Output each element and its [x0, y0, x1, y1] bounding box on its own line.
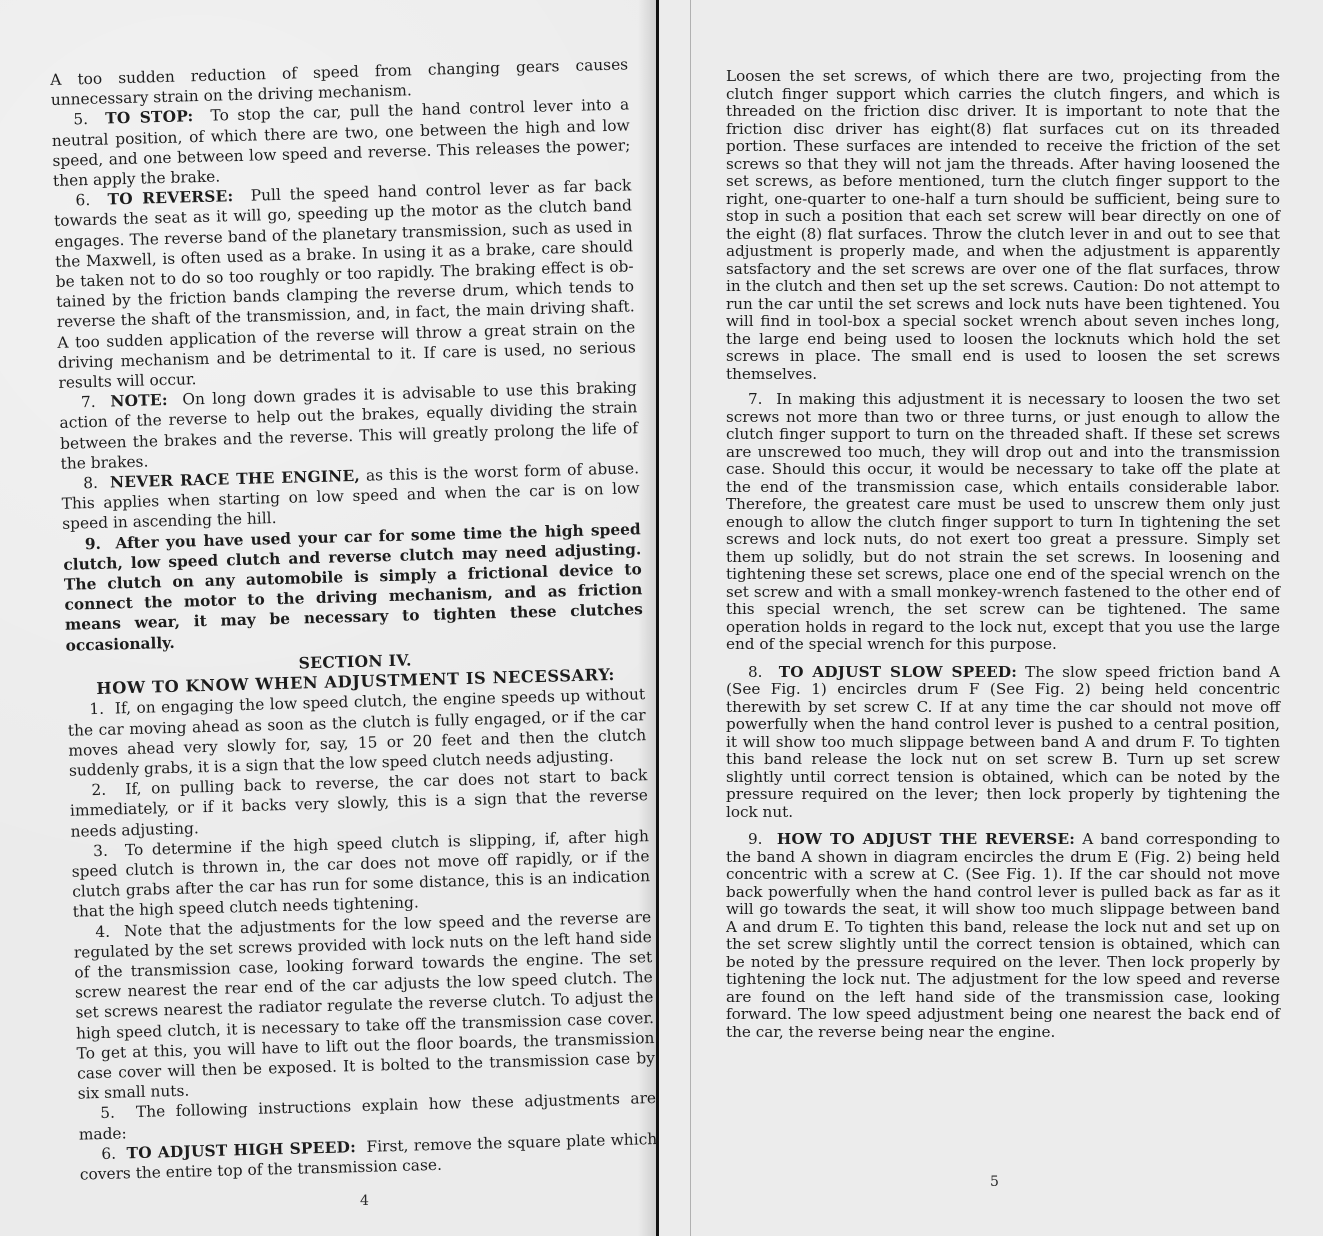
item-number: 9.: [85, 534, 102, 552]
item-number: 5.: [73, 110, 88, 128]
item-number: 6.: [75, 191, 90, 209]
item-number: 4.: [95, 922, 110, 940]
paragraph-making-adjustment: 7. In making this adjustment it is neces…: [726, 391, 1280, 654]
item-number: 7.: [81, 393, 96, 411]
page-crease: [690, 0, 691, 1236]
paragraph-note: 7. NOTE: On long down grades it is advis…: [59, 377, 639, 473]
left-page: A too sudden reduction of speed from cha…: [0, 0, 656, 1236]
item-number: 3.: [93, 841, 108, 859]
item-number: 5.: [100, 1104, 115, 1122]
item-number: 7.: [748, 390, 763, 408]
item-lead: HOW TO ADJUST THE REVERSE:: [777, 830, 1075, 848]
paragraph-to-stop: 5. TO STOP: To stop the car, pull the ha…: [51, 95, 631, 191]
item-lead: NOTE:: [110, 391, 168, 411]
paragraph-to-reverse: 6. TO REVERSE: Pull the speed hand contr…: [53, 176, 636, 394]
right-page-text: Loosen the set screws, of which there ar…: [726, 68, 1280, 1041]
page-number-left: 4: [360, 1193, 369, 1209]
section-item-1: 1. If, on engaging the low speed clutch,…: [67, 684, 647, 780]
paragraph-clutch-adjusting: 9. After you have used your car for some…: [63, 519, 644, 656]
gutter-shadow: [638, 0, 656, 1236]
item-number: 8.: [748, 663, 763, 681]
paragraph-adjust-slow-speed: 8. TO ADJUST SLOW SPEED: The slow speed …: [726, 664, 1280, 822]
item-lead: TO STOP:: [105, 108, 194, 128]
left-page-text: A too sudden reduction of speed from cha…: [50, 54, 658, 1184]
paragraph-adjust-reverse: 9. HOW TO ADJUST THE REVERSE: A band cor…: [726, 831, 1280, 1041]
item-number: 6.: [101, 1144, 116, 1162]
page-number-right: 5: [990, 1174, 999, 1190]
item-number: 8.: [83, 474, 98, 492]
section-item-3: 3. To determine if the high speed clutch…: [71, 826, 651, 922]
item-lead: TO REVERSE:: [107, 187, 233, 208]
item-number: 9.: [748, 830, 763, 848]
section-item-4: 4. Note that the adjustments for the low…: [73, 907, 656, 1104]
item-number: 1.: [89, 700, 104, 718]
paragraph-loosen-set-screws: Loosen the set screws, of which there ar…: [726, 68, 1280, 383]
item-number: 2.: [91, 781, 106, 799]
item-lead: TO ADJUST SLOW SPEED:: [779, 663, 1017, 681]
page-gutter-divider: [656, 0, 659, 1236]
